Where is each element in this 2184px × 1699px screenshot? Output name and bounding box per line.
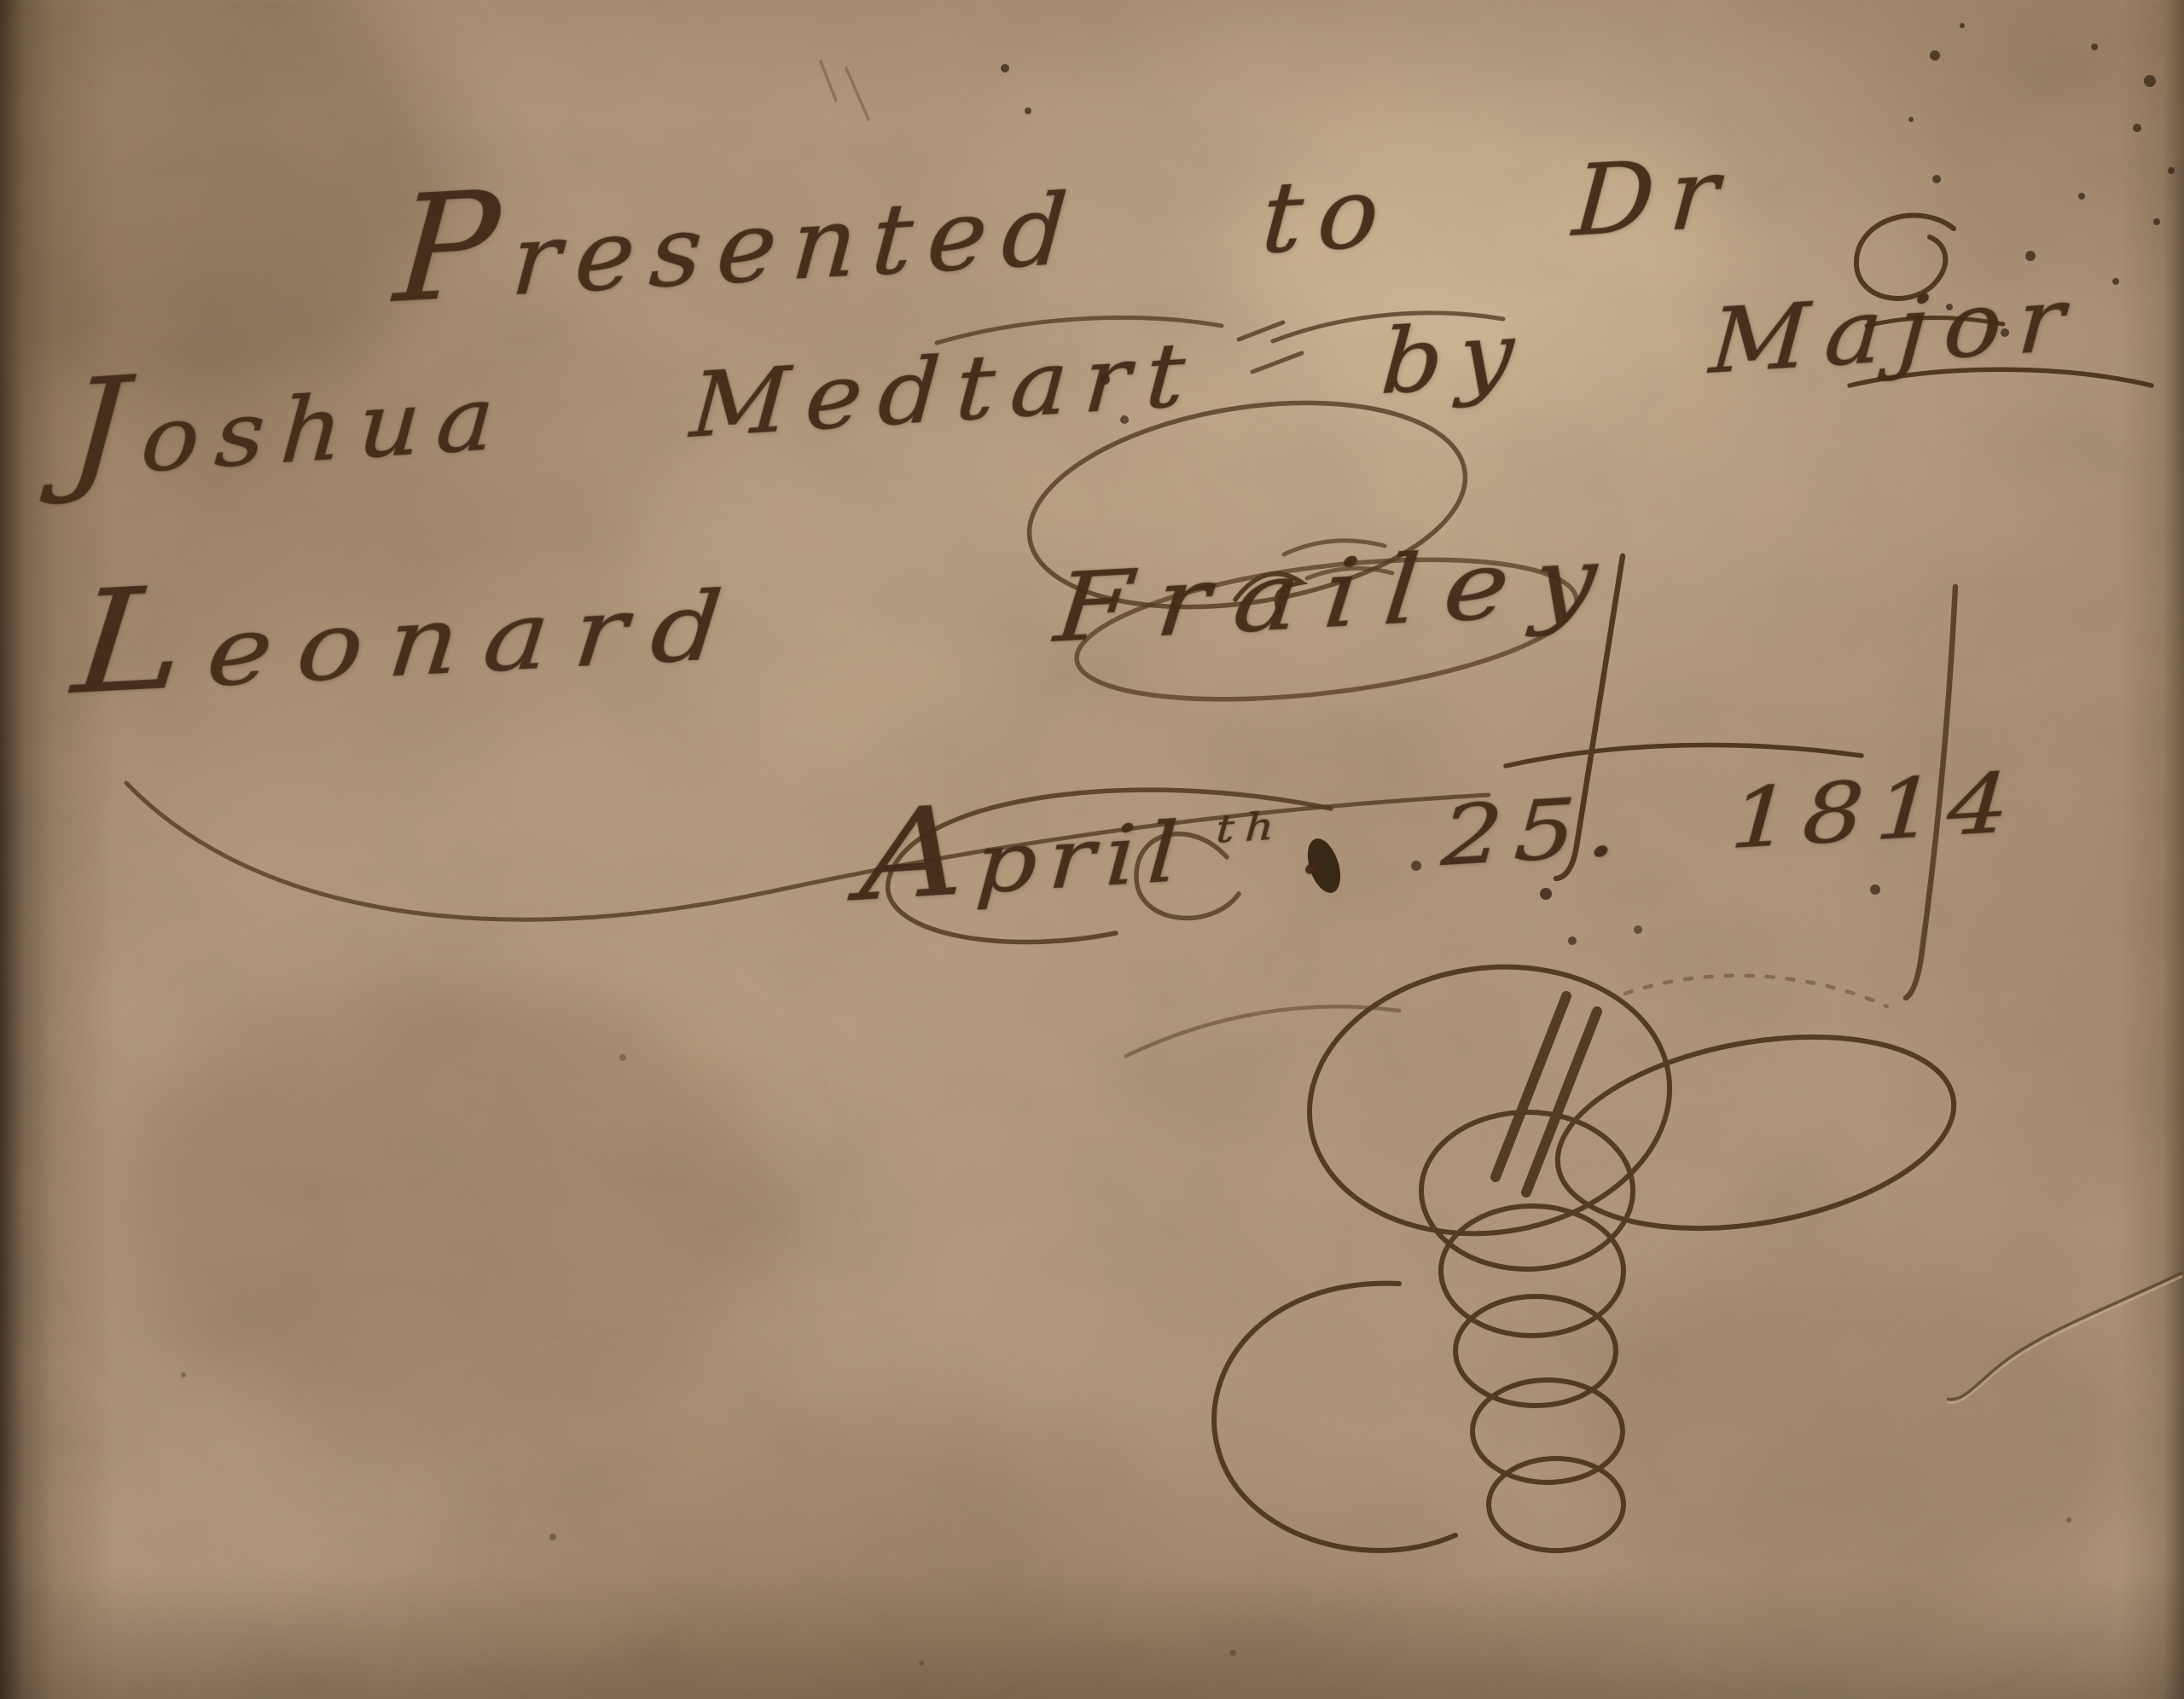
spiral-coil xyxy=(1421,1112,1633,1269)
ink-dot xyxy=(1540,888,1552,900)
faint-pen-marks xyxy=(821,61,868,119)
inscription-line-date: Aprilth. 25. 1814 xyxy=(857,726,2023,918)
spiral-entry-arc xyxy=(1126,1006,1399,1056)
paper-stain xyxy=(461,1382,1058,1663)
spiral-coil xyxy=(1455,1296,1616,1406)
spiral-top-circle xyxy=(1292,944,1687,1256)
photo-of-handwritten-inscription: Presented to Dr Joshua Medtart by Major … xyxy=(0,0,2184,1699)
spiral-coil xyxy=(1441,1206,1623,1336)
spiral-lower-left-curve xyxy=(1214,1284,1455,1551)
date-numbers: . 25. 1814 xyxy=(1296,754,2022,893)
paper-stain xyxy=(1578,1262,2124,1629)
paper-crease xyxy=(1947,1273,2182,1403)
spiral-faint-arc xyxy=(1625,976,1887,1006)
date-superscript: th xyxy=(1216,808,1286,849)
spiral-coil xyxy=(1472,1380,1623,1482)
ink-dot xyxy=(1634,925,1642,934)
ink-dot xyxy=(1568,936,1577,945)
spiral-right-ellipse xyxy=(1542,1009,1969,1256)
signature-spiral-flourish xyxy=(1126,944,1969,1551)
date-month: April xyxy=(857,803,1191,919)
paper-stain xyxy=(128,981,776,1441)
spiral-hash-strokes xyxy=(1496,996,1597,1192)
crease-highlight xyxy=(1947,1276,2182,1403)
inscription-line-giver: Leonard Frailey xyxy=(68,492,1628,715)
spiral-coil xyxy=(1489,1458,1623,1551)
ink-dot xyxy=(1870,884,1880,895)
crease-shadow xyxy=(1947,1273,2182,1400)
